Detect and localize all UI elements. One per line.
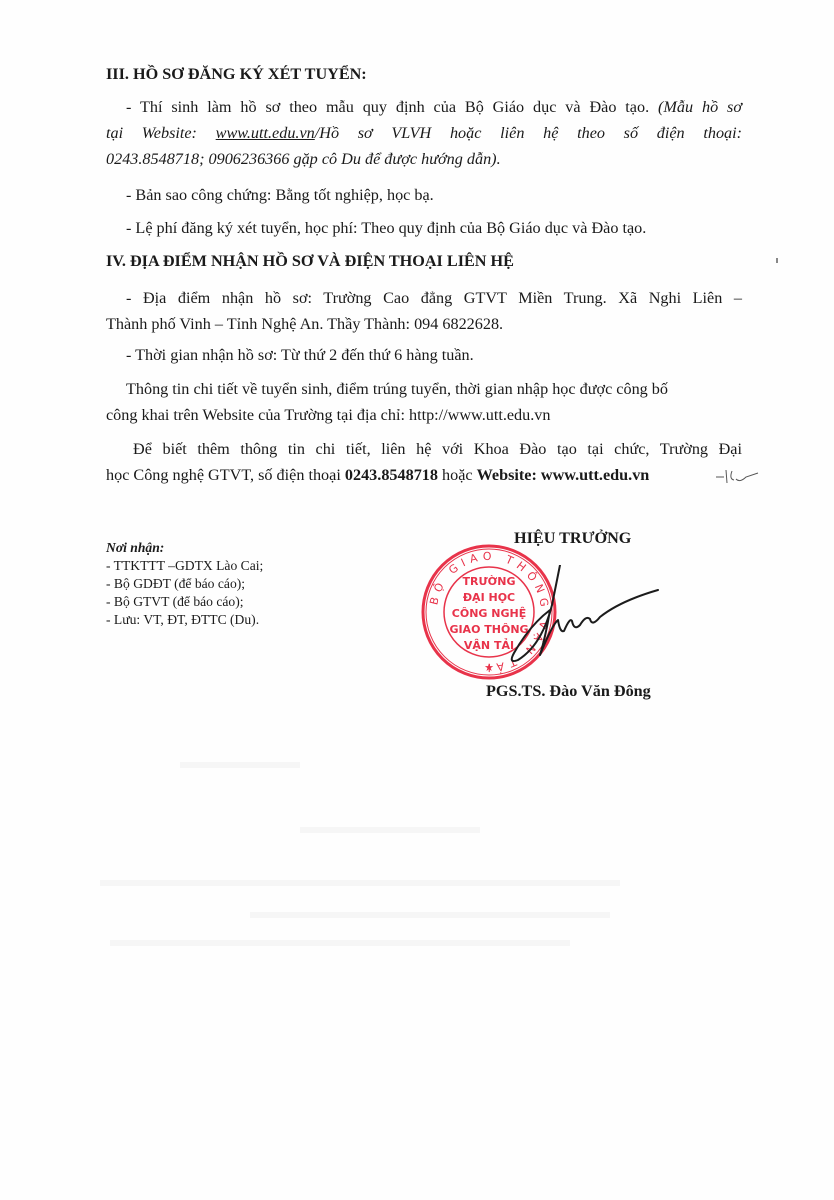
initials-mark-icon bbox=[712, 465, 762, 487]
info-line-1: Thông tin chi tiết về tuyển sinh, điểm t… bbox=[126, 379, 668, 399]
recipient-item: - Lưu: VT, ĐT, ĐTTC (Du). bbox=[106, 611, 259, 629]
section-4-item-1-line-2: Thành phố Vinh – Tỉnh Nghệ An. Thầy Thàn… bbox=[106, 314, 503, 334]
section-3-item-3: - Lệ phí đăng ký xét tuyển, học phí: The… bbox=[126, 218, 646, 238]
recipient-item: - TTKTTT –GDTX Lào Cai; bbox=[106, 557, 263, 575]
section-4-item-2: - Thời gian nhận hồ sơ: Từ thứ 2 đến thứ… bbox=[126, 345, 474, 365]
bleed-through-mark bbox=[250, 912, 610, 918]
section-3-item-1-line-2: tại Website: www.utt.edu.vn/Hồ sơ VLVH h… bbox=[106, 123, 742, 143]
contact-website: Website: www.utt.edu.vn bbox=[477, 466, 650, 484]
section-3-item-2: - Bản sao công chứng: Bằng tốt nghiệp, h… bbox=[126, 185, 434, 205]
section-4-heading: IV. ĐỊA ĐIỂM NHẬN HỒ SƠ VÀ ĐIỆN THOẠI LI… bbox=[106, 251, 514, 271]
document-page: III. HỒ SƠ ĐĂNG KÝ XÉT TUYỂN: - Thí sinh… bbox=[0, 0, 834, 1200]
scan-speck bbox=[776, 258, 778, 263]
bleed-through-mark bbox=[300, 827, 480, 833]
bleed-through-mark bbox=[180, 762, 300, 768]
website-link[interactable]: www.utt.edu.vn bbox=[216, 124, 315, 142]
recipients-title: Nơi nhận: bbox=[106, 539, 164, 557]
bleed-through-mark bbox=[100, 880, 620, 886]
contact-line-2: học Công nghệ GTVT, số điện thoại 0243.8… bbox=[106, 465, 649, 485]
signer-name: PGS.TS. Đào Văn Đông bbox=[486, 682, 651, 701]
info-line-2: công khai trên Website của Trường tại đị… bbox=[106, 405, 550, 425]
contact-phone: 0243.8548718 bbox=[345, 466, 438, 484]
recipient-item: - Bộ GDĐT (để báo cáo); bbox=[106, 575, 245, 593]
section-3-item-1-line-1: - Thí sinh làm hồ sơ theo mẫu quy định c… bbox=[106, 97, 742, 117]
section-3-heading: III. HỒ SƠ ĐĂNG KÝ XÉT TUYỂN: bbox=[106, 64, 367, 84]
section-4-item-1-line-1: - Địa điểm nhận hồ sơ: Trường Cao đẳng G… bbox=[106, 288, 742, 308]
signature-icon bbox=[500, 565, 660, 665]
bleed-through-mark bbox=[110, 940, 570, 946]
section-3-item-1-line-3: 0243.8548718; 0906236366 gặp cô Du để đư… bbox=[106, 149, 501, 169]
svg-text:★: ★ bbox=[484, 661, 494, 674]
recipient-item: - Bộ GTVT (để báo cáo); bbox=[106, 593, 244, 611]
contact-line-1: Để biết thêm thông tin chi tiết, liên hệ… bbox=[106, 439, 742, 459]
